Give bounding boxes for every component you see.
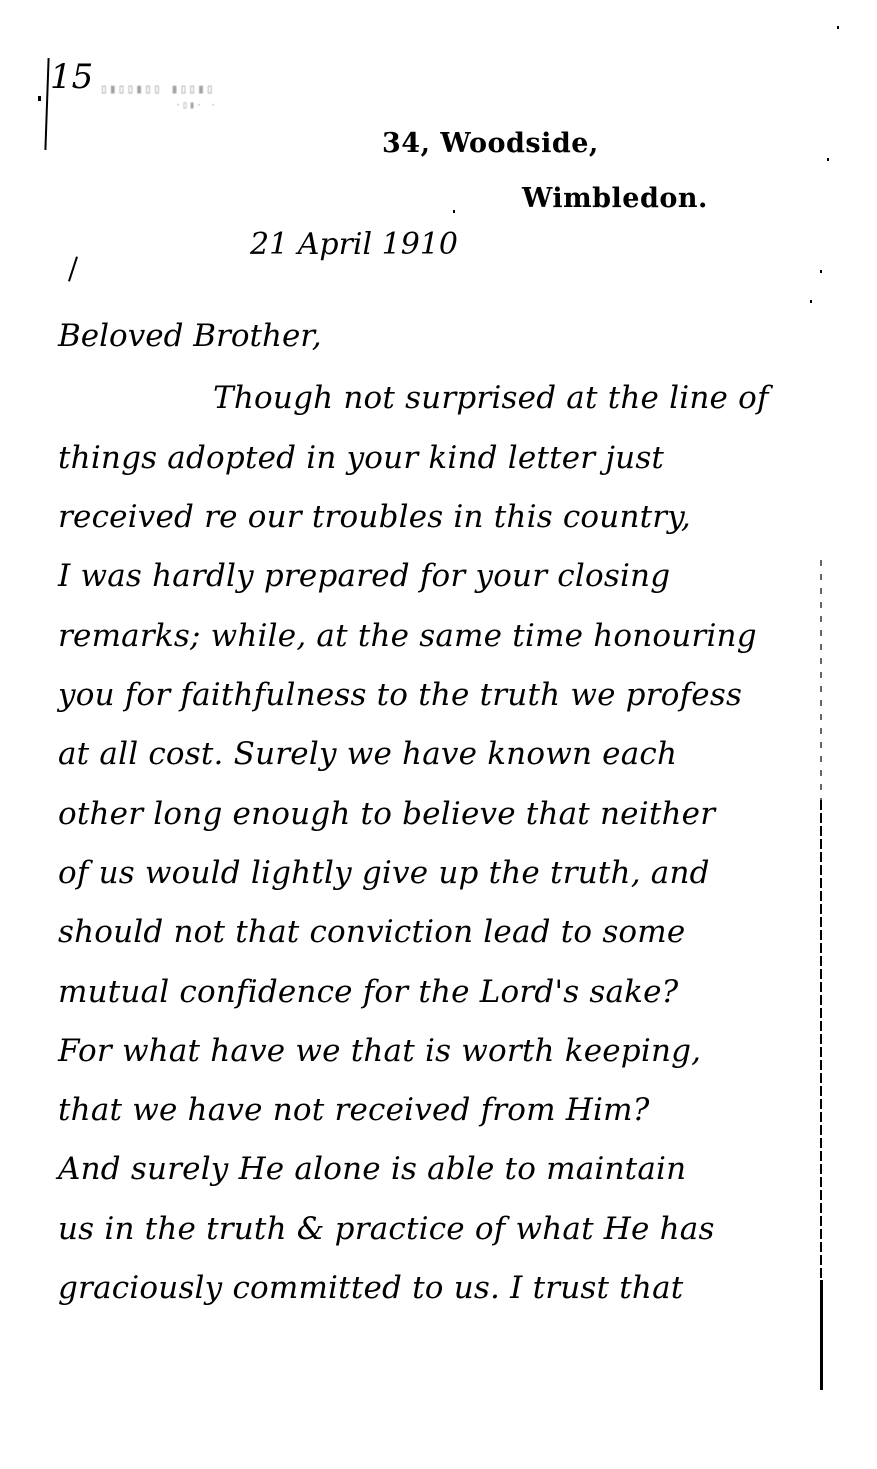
letterhead-address-line-1: 34, Woodside, xyxy=(382,128,599,159)
body-line: And surely He alone is able to maintain xyxy=(58,1151,686,1187)
folio-dot xyxy=(38,96,41,101)
page-edge-shadow xyxy=(820,800,822,1280)
body-line: at all cost. Surely we have known each xyxy=(58,736,677,772)
folio-bar xyxy=(44,58,49,150)
body-line: other long enough to believe that neithe… xyxy=(58,796,715,832)
body-line: received re our troubles in this country… xyxy=(58,499,691,535)
body-line: you for faithfulness to the truth we pro… xyxy=(58,677,742,713)
body-line: things adopted in your kind letter just xyxy=(58,440,664,476)
body-line: remarks; while, at the same time honouri… xyxy=(58,618,757,654)
salutation: Beloved Brother, xyxy=(58,318,322,354)
letter-date: 21 April 1910 xyxy=(250,227,458,262)
body-line: Though not surprised at the line of xyxy=(213,380,769,416)
folio-number-mark: 15 xyxy=(38,58,68,153)
stamp-line-2: ·▯▮· · xyxy=(100,98,300,114)
archive-stamp: ▯▮▯▯▮▯▯ ▮▯▯▮▯ ·▯▮· · xyxy=(100,82,300,132)
letter-page: 15 ▯▮▯▯▮▯▯ ▮▯▯▮▯ ·▯▮· · 34, Woodside, Wi… xyxy=(0,0,877,1469)
letterhead-address-line-2: Wimbledon. xyxy=(522,183,708,214)
pen-mark xyxy=(68,256,78,281)
body-line: of us would lightly give up the truth, a… xyxy=(58,855,710,891)
body-line: graciously committed to us. I trust that xyxy=(58,1270,683,1306)
scan-speck xyxy=(810,300,812,303)
stamp-line-1: ▯▮▯▯▮▯▯ ▮▯▯▮▯ xyxy=(100,82,300,98)
body-line: For what have we that is worth keeping, xyxy=(58,1033,701,1069)
page-edge-shadow xyxy=(820,1280,823,1390)
body-line: mutual confidence for the Lord's sake? xyxy=(58,974,679,1010)
page-edge-shadow xyxy=(820,560,822,800)
scan-speck xyxy=(820,270,822,273)
folio-number: 15 xyxy=(50,60,93,94)
body-line: should not that conviction lead to some xyxy=(58,914,685,950)
scan-speck xyxy=(837,26,839,29)
body-line: I was hardly prepared for your closing xyxy=(58,558,670,594)
body-line: us in the truth & practice of what He ha… xyxy=(58,1211,715,1247)
body-line: that we have not received from Him? xyxy=(58,1092,650,1128)
scan-speck xyxy=(453,210,455,213)
scan-speck xyxy=(827,158,829,161)
